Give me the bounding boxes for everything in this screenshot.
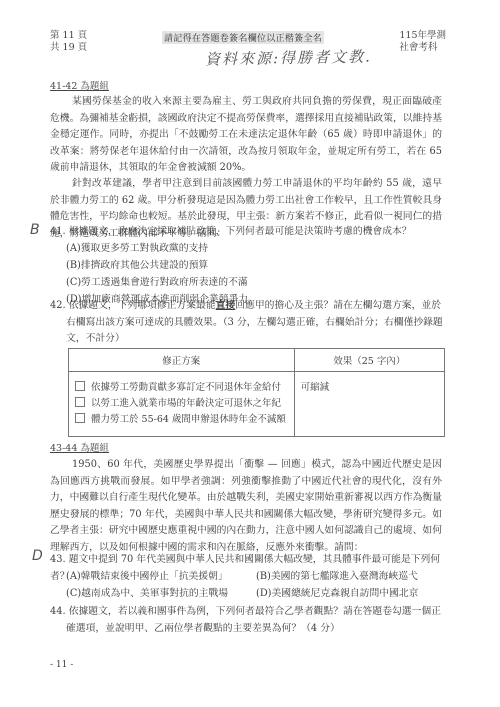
plan-choice[interactable]: 體力勞工於 55-64 歲間申辦退休時年金不減額: [75, 412, 288, 428]
plan-choice[interactable]: 依據勞工勞動貢獻多寡訂定不同退休年金給付: [75, 380, 288, 396]
checkbox[interactable]: [75, 413, 85, 423]
handwritten-source-note: 資料來源:得勝者文教.: [205, 46, 372, 70]
plan-choice-label: 體力勞工於 55-64 歲間申辦退休時年金不減額: [91, 414, 286, 425]
question-text-before: 依據題文，下列哪項修正方案最能: [69, 300, 216, 311]
page-total: 共 19 頁: [50, 42, 87, 54]
question-text: 依據題文，若以義和團事件為例，下列何者最符合乙學者觀點？請在答題卷勾選一個正確選…: [66, 606, 441, 634]
exam-info: 115年學測 社會考科: [399, 30, 446, 54]
passage-paragraph-1: 某國勞保基金的收入來源主要為雇主、勞工與政府共同負擔的勞保費，現正面臨破產危機。…: [50, 94, 442, 177]
question-emphasis: 直接: [216, 300, 236, 311]
handwritten-answer-41: B: [30, 222, 40, 238]
option-43-c: (C)越南成為中、美軍事對抗的主戰場: [66, 586, 228, 603]
question-44: 44. 依據題文，若以義和團事件為例，下列何者最符合乙學者觀點？請在答題卷勾選一…: [50, 604, 445, 637]
option-43-b: (B)美國的第七艦隊進入臺灣海峽巡弋: [256, 569, 418, 586]
plan-choice[interactable]: 以勞工進入就業市場的年齡決定可退休之年紀: [75, 396, 288, 412]
plan-choice-label: 依據勞工勞動貢獻多寡訂定不同退休年金給付: [91, 382, 281, 393]
option-43-d: (D)美國總統尼克森親自訪問中國北京: [256, 586, 418, 603]
exam-page: 第 11 頁 共 19 頁 請記得在答題卷簽名欄位以正楷簽全名 115年學測 社…: [0, 0, 500, 707]
handwritten-answer-43: D: [32, 548, 43, 564]
exam-subject: 社會考科: [399, 42, 446, 54]
question-42: 42. 依據題文，下列哪項修正方案最能直接回應甲的擔心及主張？請在左欄勾選方案，…: [50, 298, 445, 348]
question-number: 42.: [50, 300, 66, 311]
option-43-a: (A)韓戰結束後中國停止「抗美援朝」: [66, 569, 228, 586]
checkbox[interactable]: [75, 381, 85, 391]
option-41-c: (C)勞工透過集會遊行對政府所表達的不滿: [66, 275, 248, 292]
option-41-a: (A)獲取更多勞工對執政黨的支持: [66, 241, 208, 258]
group-title-41-42: 41-42 為題組: [50, 78, 109, 92]
option-41-b: (B)排擠政府其他公共建設的預算: [66, 258, 208, 275]
effect-answer-cell[interactable]: 可縮減: [294, 372, 444, 437]
checkbox[interactable]: [75, 397, 85, 407]
question-text: 根據題文，政府決定採取補貼政策，下列何者最可能是決策時考慮的機會成本？: [69, 226, 412, 237]
page-counter: 第 11 頁 共 19 頁: [50, 30, 87, 54]
question-number: 44.: [50, 606, 66, 617]
question-41: 41. 根據題文，政府決定採取補貼政策，下列何者最可能是決策時考慮的機會成本？: [50, 224, 450, 241]
question-number: 43.: [50, 554, 66, 565]
passage-paragraph-3: 1950、60 年代，美國歷史學界提出「衝擊 — 回應」模式，認為中國近代歷史是…: [50, 457, 442, 557]
plan-choices-cell: 依據勞工勞動貢獻多寡訂定不同退休年金給付 以勞工進入就業市場的年齡決定可退休之年…: [69, 372, 295, 437]
table-header-effect: 效果（25 字內）: [294, 349, 444, 372]
group-title-43-44: 43-44 為題組: [50, 440, 109, 454]
question-number: 41.: [50, 224, 66, 241]
plan-choice-label: 以勞工進入就業市場的年齡決定可退休之年紀: [91, 398, 281, 409]
signature-notice: 請記得在答題卷簽名欄位以正楷簽全名: [162, 31, 324, 44]
exam-year: 115年學測: [399, 30, 446, 42]
table-header-plan: 修正方案: [69, 349, 295, 372]
page-number: 第 11 頁: [50, 30, 87, 42]
answer-table-42: 修正方案 效果（25 字內） 依據勞工勞動貢獻多寡訂定不同退休年金給付 以勞工進…: [68, 348, 445, 437]
page-footer: - 11 -: [50, 660, 73, 670]
